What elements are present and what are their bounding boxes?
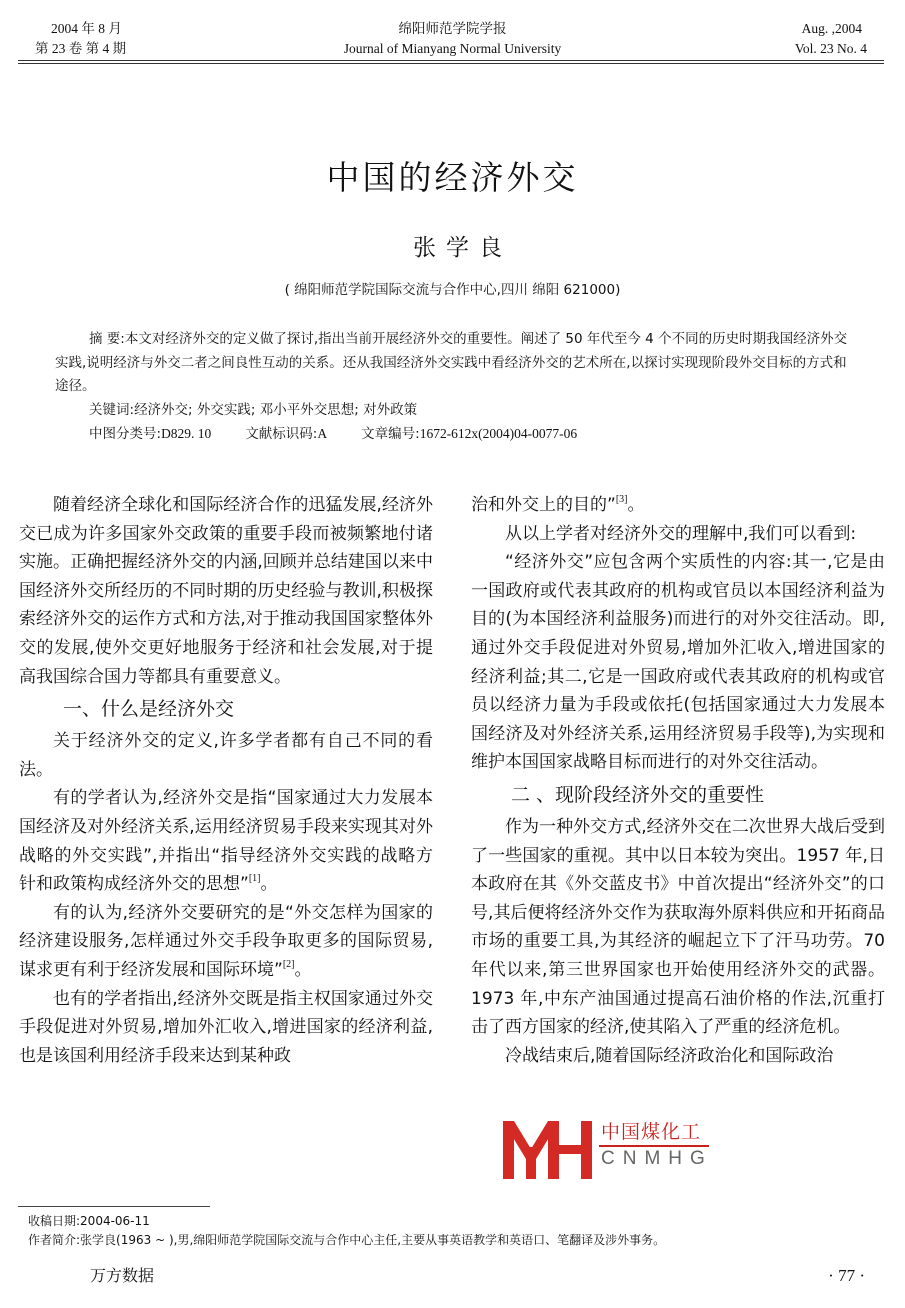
paragraph: 有的学者认为,经济外交是指“国家通过大力发展本国经济及对外经济关系,运用经济贸易… — [19, 784, 433, 898]
logo-divider — [599, 1145, 709, 1147]
header-rule-bottom — [18, 63, 884, 64]
citation-ref[interactable]: [1] — [249, 873, 261, 884]
issue-date-en: Aug. ,2004 — [795, 19, 867, 39]
cnmhg-logo-watermark: 中国煤化工 CNMHG — [503, 1117, 725, 1179]
paragraph: 随着经济全球化和国际经济合作的迅猛发展,经济外交已成为许多国家外交政策的重要手段… — [19, 491, 433, 691]
doc-code-value: A — [317, 426, 327, 441]
author-affiliation: ( 绵阳师范学院国际交流与合作中心,四川 绵阳 621000) — [0, 279, 905, 301]
mh-logo-icon — [503, 1117, 599, 1179]
footnote: 收稿日期:2004-06-11 作者简介:张学良(1963 ~ ),男,绵阳师范… — [28, 1212, 665, 1250]
journal-name-cn: 绵阳师范学院学报 — [0, 19, 905, 39]
clc-value: D829. 10 — [161, 426, 211, 441]
running-header-center: 绵阳师范学院学报 Journal of Mianyang Normal Univ… — [0, 19, 905, 59]
body-column-left: 随着经济全球化和国际经济合作的迅猛发展,经济外交已成为许多国家外交政策的重要手段… — [19, 491, 433, 1070]
article-title: 中国的经济外交 — [0, 156, 905, 200]
doc-code-label: 文献标识码: — [245, 426, 317, 442]
logo-text-en: CNMHG — [601, 1148, 713, 1170]
paragraph: 也有的学者指出,经济外交既是指主权国家通过外交手段促进对外贸易,增加外汇收入,增… — [19, 985, 433, 1071]
body-column-right: 治和外交上的目的”[3]。 从以上学者对经济外交的理解中,我们可以看到: “经济… — [471, 491, 885, 1070]
logo-text-cn: 中国煤化工 — [601, 1117, 701, 1144]
article-no-value: 1672-612x(2004)04-0077-06 — [420, 426, 577, 441]
page-number: · 77 · — [828, 1266, 865, 1286]
abstract: 摘 要:本文对经济外交的定义做了探讨,指出当前开展经济外交的重要性。阐述了 50… — [55, 328, 850, 399]
clc-label: 中图分类号: — [89, 426, 161, 442]
source-label: 万方数据 — [90, 1263, 154, 1286]
received-date: 收稿日期:2004-06-11 — [28, 1212, 665, 1231]
article-author: 张学良 — [0, 232, 905, 264]
paragraph: 关于经济外交的定义,许多学者都有自己不同的看法。 — [19, 727, 433, 784]
paragraph: 冷战结束后,随着国际经济政治化和国际政治 — [471, 1042, 885, 1071]
paragraph: 治和外交上的目的”[3]。 — [471, 491, 885, 520]
author-bio: 作者简介:张学良(1963 ~ ),男,绵阳师范学院国际交流与合作中心主任,主要… — [28, 1231, 665, 1250]
volume-issue-en: Vol. 23 No. 4 — [795, 39, 867, 59]
citation-ref[interactable]: [2] — [283, 959, 295, 970]
abstract-label: 摘 要: — [89, 331, 125, 347]
paragraph: 有的认为,经济外交要研究的是“外交怎样为国家的经济建设服务,怎样通过外交手段争取… — [19, 899, 433, 985]
keywords: 关键词:经济外交; 外交实践; 邓小平外交思想; 对外政策 — [55, 399, 850, 423]
keywords-text: 经济外交; 外交实践; 邓小平外交思想; 对外政策 — [134, 402, 417, 418]
abstract-text: 本文对经济外交的定义做了探讨,指出当前开展经济外交的重要性。阐述了 50 年代至… — [55, 331, 847, 394]
paragraph: 作为一种外交方式,经济外交在二次世界大战后受到了一些国家的重视。其中以日本较为突… — [471, 813, 885, 1042]
keywords-label: 关键词: — [89, 402, 134, 418]
paragraph: “经济外交”应包含两个实质性的内容:其一,它是由一国政府或代表其政府的机构或官员… — [471, 548, 885, 777]
journal-name-en: Journal of Mianyang Normal University — [0, 39, 905, 59]
header-rule-top — [18, 60, 884, 61]
running-header-right: Aug. ,2004 Vol. 23 No. 4 — [795, 19, 867, 59]
section-heading-1: 一、什么是经济外交 — [19, 693, 433, 725]
abstract-block: 摘 要:本文对经济外交的定义做了探讨,指出当前开展经济外交的重要性。阐述了 50… — [55, 328, 850, 447]
paragraph: 从以上学者对经济外交的理解中,我们可以看到: — [471, 520, 885, 549]
footnote-rule — [18, 1206, 210, 1207]
citation-ref[interactable]: [3] — [616, 494, 628, 505]
article-no-label: 文章编号: — [361, 426, 420, 442]
classification-line: 中图分类号:D829. 10文献标识码:A文章编号:1672-612x(2004… — [55, 422, 850, 447]
section-heading-2: 二 、现阶段经济外交的重要性 — [471, 779, 885, 811]
